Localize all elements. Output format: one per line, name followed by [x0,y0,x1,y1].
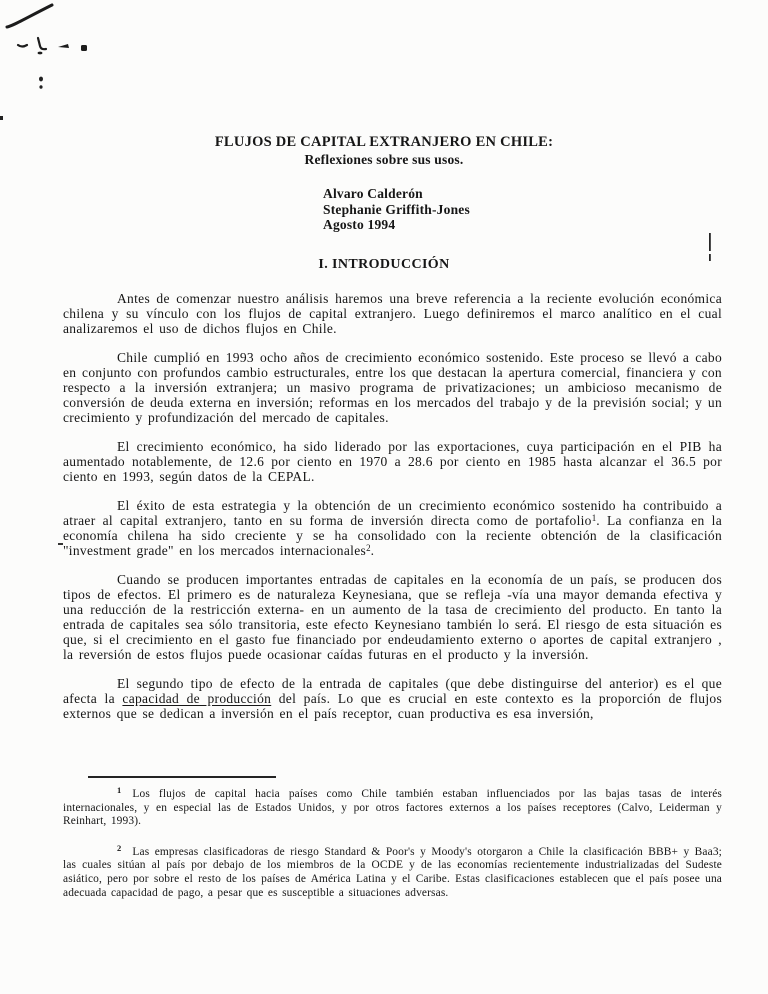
page-subtitle: Reflexiones sobre sus usos. [0,152,768,168]
footnotes-section: 1Los flujos de capital hacia países como… [63,788,722,917]
footnote-separator [88,776,276,778]
author-name-1: Alvaro Calderón [323,186,470,202]
pen-mark-swoosh [2,1,62,33]
footnote-2: 2Las empresas clasificadoras de riesgo S… [63,846,722,900]
footnote-2-number: 2 [117,843,121,853]
underlined-phrase: capacidad de producción [122,691,271,706]
paragraph-3: El crecimiento económico, ha sido lidera… [63,439,722,484]
paragraph-2: Chile cumplió en 1993 ocho años de creci… [63,350,722,425]
edge-speck [0,116,3,120]
footnote-1-text: Los flujos de capital hacia países como … [63,788,722,827]
document-page: FLUJOS DE CAPITAL EXTRANJERO EN CHILE: R… [0,0,768,994]
paragraph-6: El segundo tipo de efecto de la entrada … [63,676,722,721]
author-name-2: Stephanie Griffith-Jones [323,202,470,218]
ink-speck-colon [37,75,47,93]
date-line: Agosto 1994 [323,217,470,233]
title-block: FLUJOS DE CAPITAL EXTRANJERO EN CHILE: R… [0,134,768,168]
pen-marks-row [14,36,98,58]
paragraph-4: El éxito de esta estrategia y la obtenci… [63,498,722,558]
page-title: FLUJOS DE CAPITAL EXTRANJERO EN CHILE: [0,134,768,150]
footnote-2-text: Las empresas clasificadoras de riesgo St… [63,846,722,899]
paragraph-1: Antes de comenzar nuestro análisis harem… [63,291,722,336]
body-text: Antes de comenzar nuestro análisis harem… [63,291,722,735]
footnote-1-number: 1 [117,785,121,795]
footnote-1: 1Los flujos de capital hacia países como… [63,788,722,829]
section-heading-introduction: I. INTRODUCCIÓN [0,257,768,273]
paragraph-4-period: . [371,543,375,558]
author-block: Alvaro Calderón Stephanie Griffith-Jones… [323,186,470,233]
paragraph-5: Cuando se producen importantes entradas … [63,572,722,662]
